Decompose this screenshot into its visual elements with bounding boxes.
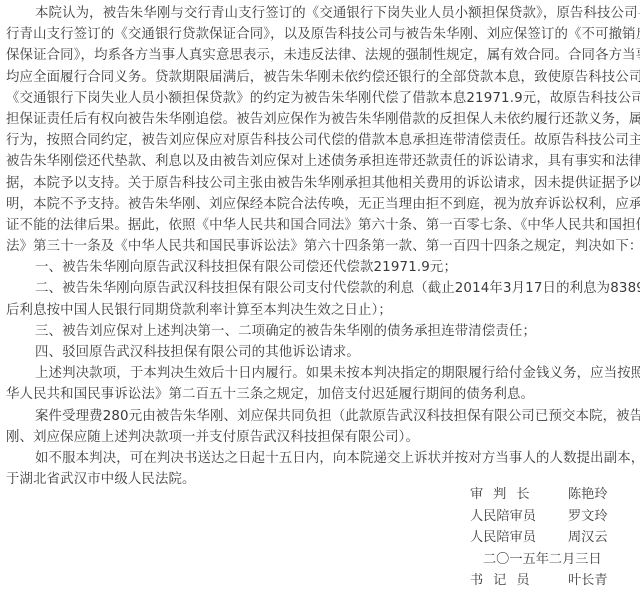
ruling-item-2: 二、被告朱华刚向原告武汉科技担保有限公司支付代偿款的利息（截止2014年3月17… bbox=[6, 278, 636, 299]
appeal-clause: 如不服本判决，可在判决书送达之日起十五日内，向本院递交上诉状并按对方当事人的人数… bbox=[6, 448, 636, 469]
ruling-item-2-cont: 后利息按中国人民银行同期贷款利率计算至本判决生效之日止）； bbox=[6, 300, 636, 321]
role-label: 人民陪审员 bbox=[470, 527, 568, 549]
court-fee-clause-cont: 刚、刘应保应随上述判决款项一并支付原告武汉科技担保有限公司）。 bbox=[6, 427, 636, 448]
judgment-body: 本院认为，被告朱华刚与交行青山支行签订的《交通银行下岗失业人员小额担保贷款》，原… bbox=[6, 3, 636, 490]
person-name: 叶长青 bbox=[568, 570, 630, 592]
paragraph-line: 行为，按照合同约定，被告刘应保应对原告科技公司代偿的借款本息承担连带清偿责任。故… bbox=[6, 130, 636, 151]
person-name: 周汉云 bbox=[568, 527, 630, 549]
paragraph-line: 明，本院不予支持。被告朱华刚、刘应保经本院合法传唤，无正当理由拒不到庭，视为放弃… bbox=[6, 194, 636, 215]
paragraph-line: 本院认为，被告朱华刚与交行青山支行签订的《交通银行下岗失业人员小额担保贷款》，原… bbox=[6, 3, 636, 24]
paragraph-line: 据，本院予以支持。关于原告科技公司主张由被告朱华刚承担其他相关费用的诉讼请求，因… bbox=[6, 173, 636, 194]
role-label: 书记员 bbox=[470, 570, 568, 592]
person-name: 陈艳玲 bbox=[568, 484, 630, 506]
date-text: 二〇一五年二月三日 bbox=[470, 549, 602, 571]
signature-juror-1: 人民陪审员 罗文玲 bbox=[470, 506, 630, 528]
ruling-item-4: 四、驳回原告武汉科技担保有限公司的其他诉讼请求。 bbox=[6, 342, 636, 363]
paragraph-line: 均应全面履行合同义务。贷款期限届满后，被告朱华刚未依约偿还银行的全部贷款本息，致… bbox=[6, 67, 636, 88]
court-fee-clause: 案件受理费280元由被告朱华刚、刘应保共同负担（此款原告武汉科技担保有限公司已预… bbox=[6, 406, 636, 427]
paragraph-line: 证不能的法律后果。据此，依照《中华人民共和国合同法》第六十条、第一百零七条、《中… bbox=[6, 215, 636, 236]
judgment-date: 二〇一五年二月三日 bbox=[470, 549, 630, 571]
signature-clerk: 书记员 叶长青 bbox=[470, 570, 630, 592]
ruling-item-3: 三、被告刘应保对上述判决第一、二项确定的被告朱华刚的债务承担连带清偿责任； bbox=[6, 321, 636, 342]
ruling-item-1: 一、被告朱华刚向原告武汉科技担保有限公司偿还代偿款21971.9元； bbox=[6, 257, 636, 278]
signature-presiding-judge: 审判长 陈艳玲 bbox=[470, 484, 630, 506]
signature-block: 审判长 陈艳玲 人民陪审员 罗文玲 人民陪审员 周汉云 二〇一五年二月三日 书记… bbox=[470, 484, 630, 592]
signature-juror-2: 人民陪审员 周汉云 bbox=[470, 527, 630, 549]
execution-clause-cont: 华人民共和国民事诉讼法》第二百五十三条之规定，加倍支付迟延履行期间的债务利息。 bbox=[6, 384, 636, 405]
paragraph-line: 担保证责任后有权向被告朱华刚追偿。被告刘应保作为被告朱华刚借款的反担保人未依约履… bbox=[6, 109, 636, 130]
role-label: 审判长 bbox=[470, 484, 568, 506]
paragraph-line: 保保证合同》，均系各方当事人真实意思表示，未违反法律、法规的强制性规定，属有效合… bbox=[6, 45, 636, 66]
paragraph-line: 《交通银行下岗失业人员小额担保贷款》的约定为被告朱华刚代偿了借款本息21971.… bbox=[6, 88, 636, 109]
person-name: 罗文玲 bbox=[568, 506, 630, 528]
paragraph-line: 法》第三十一条及《中华人民共和国民事诉讼法》第六十四条第一款、第一百四十四条之规… bbox=[6, 236, 636, 257]
paragraph-line: 行青山支行签订的《交通银行贷款保证合同》，以及原告科技公司与被告朱华刚、刘应保签… bbox=[6, 24, 636, 45]
execution-clause: 上述判决款项，于本判决生效后十日内履行。如果未按本判决指定的期限履行给付金钱义务… bbox=[6, 363, 636, 384]
paragraph-line: 被告朱华刚偿还代垫款、利息以及由被告刘应保对上述债务承担连带还款责任的诉讼请求，… bbox=[6, 151, 636, 172]
role-label: 人民陪审员 bbox=[470, 506, 568, 528]
